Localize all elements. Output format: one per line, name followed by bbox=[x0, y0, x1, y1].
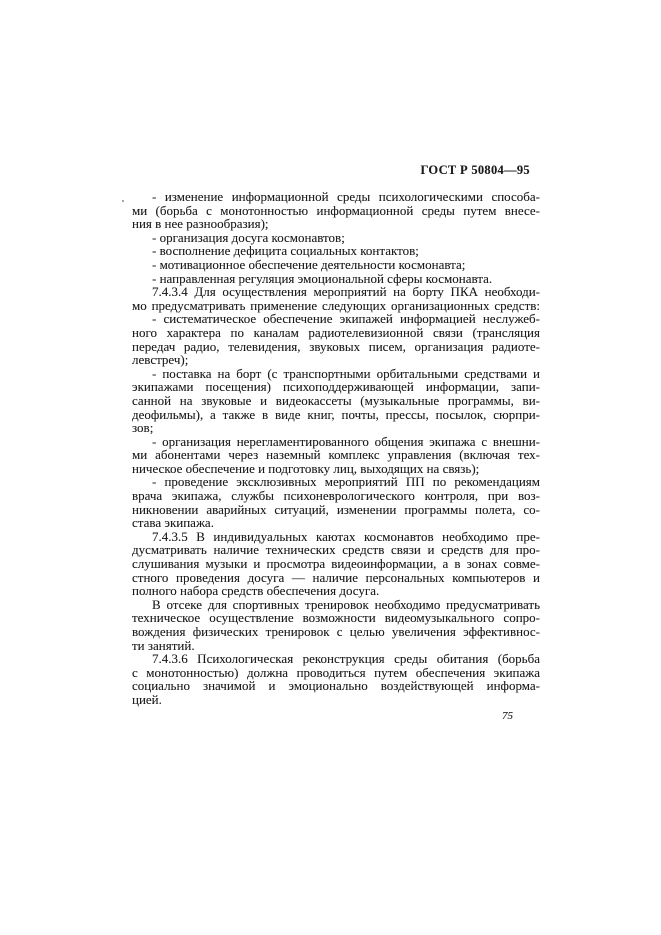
text-line: никновении аварийных ситуаций, изменении… bbox=[132, 503, 540, 517]
text-line: ми абонентами через наземный комплекс уп… bbox=[132, 448, 540, 462]
text-line: врача экипажа, службы психоневрологическ… bbox=[132, 489, 540, 503]
text-line: дусматривать наличие технических средств… bbox=[132, 543, 540, 557]
text-line: - изменение информационной среды психоло… bbox=[132, 190, 540, 204]
text-line: - поставка на борт (с транспортными орби… bbox=[132, 367, 540, 381]
scan-speck bbox=[122, 200, 124, 202]
text-line: зов; bbox=[132, 421, 540, 435]
text-line: - организация нерегламентированного обще… bbox=[132, 435, 540, 449]
text-line: - восполнение дефицита социальных контак… bbox=[132, 244, 540, 258]
body-text: - изменение информационной среды психоло… bbox=[132, 190, 540, 707]
text-line: - систематическое обеспечение экипажей и… bbox=[132, 312, 540, 326]
text-line: В отсеке для спортивных тренировок необх… bbox=[132, 598, 540, 612]
text-line: 7.4.3.4 Для осуществления мероприятий на… bbox=[132, 285, 540, 299]
text-line: вождения физических тренировок с целью у… bbox=[132, 625, 540, 639]
text-line: 7.4.3.6 Психологическая реконструкция ср… bbox=[132, 652, 540, 666]
text-line: санной на звуковые и видеокассеты (музык… bbox=[132, 394, 540, 408]
page-number: 75 bbox=[502, 710, 513, 722]
text-line: мо предусматривать применение следующих … bbox=[132, 299, 540, 313]
text-line: ти занятий. bbox=[132, 639, 540, 653]
text-line: - проведение эксклюзивных мероприятий ПП… bbox=[132, 475, 540, 489]
text-line: става экипажа. bbox=[132, 516, 540, 530]
text-line: экипажами посещения) психоподдерживающей… bbox=[132, 380, 540, 394]
text-line: слушивания музыки и просмотра видеоинфор… bbox=[132, 557, 540, 571]
text-line: полного набора средств обеспечения досуг… bbox=[132, 584, 540, 598]
text-line: цией. bbox=[132, 693, 540, 707]
text-line: деофильмы), а также в виде книг, почты, … bbox=[132, 408, 540, 422]
text-line: - организация досуга космонавтов; bbox=[132, 231, 540, 245]
text-line: левстреч); bbox=[132, 353, 540, 367]
document-page: ГОСТ Р 50804—95 - изменение информационн… bbox=[0, 0, 661, 935]
text-line: ния в нее разнообразия); bbox=[132, 217, 540, 231]
text-line: 7.4.3.5 В индивидуальных каютах космонав… bbox=[132, 530, 540, 544]
standard-code-header: ГОСТ Р 50804—95 bbox=[132, 163, 530, 178]
text-line: ническое обеспечение и подготовку лиц, в… bbox=[132, 462, 540, 476]
text-line: ного характера по каналам радиотелевизио… bbox=[132, 326, 540, 340]
text-line: техническое осуществление возможности ви… bbox=[132, 611, 540, 625]
text-line: ми (борьба с монотонностью информационно… bbox=[132, 204, 540, 218]
text-line: социально значимой и эмоционально воздей… bbox=[132, 679, 540, 693]
text-line: передач радио, телевидения, звуковых пис… bbox=[132, 340, 540, 354]
text-line: стного проведения досуга — наличие персо… bbox=[132, 571, 540, 585]
text-line: с монотонностью) должна проводиться путе… bbox=[132, 666, 540, 680]
text-line: - направленная регуляция эмоциональной с… bbox=[132, 272, 540, 286]
text-line: - мотивационное обеспечение деятельности… bbox=[132, 258, 540, 272]
